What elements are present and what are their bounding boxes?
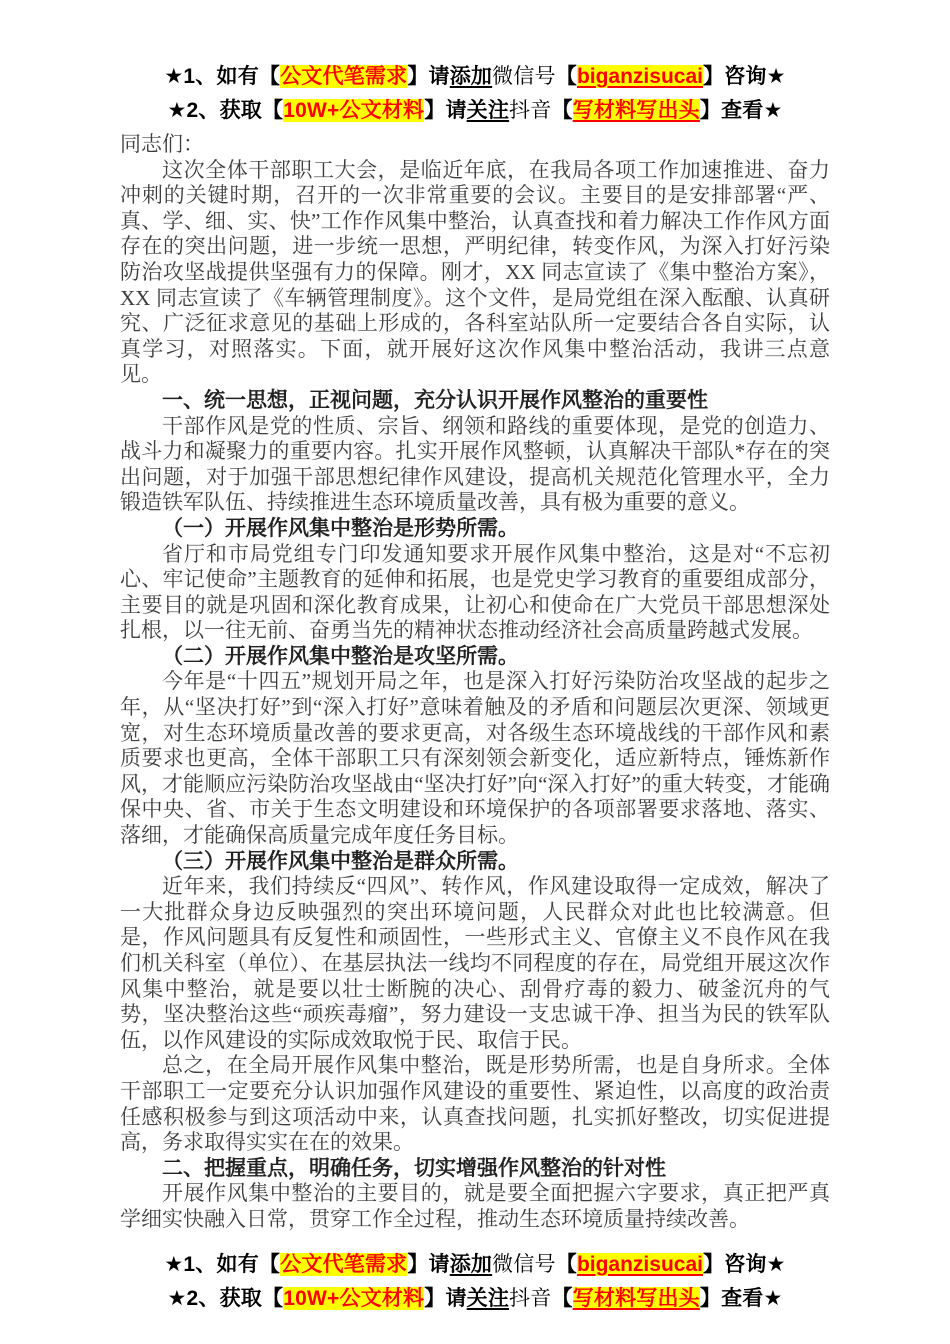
promo-banner-bottom: ★1、如有【公文代笔需求】请添加微信号【biganzisucai】咨询★★2、获…	[120, 1248, 830, 1316]
paragraph: 这次全体干部职工大会，是临近年底，在我局各项工作加速推进、奋力冲刺的关键时期，召…	[120, 158, 830, 388]
paragraph: 干部作风是党的性质、宗旨、纲领和路线的重要体现，是党的创造力、战斗力和凝聚力的重…	[120, 414, 830, 516]
banner-text: 】请	[407, 1253, 449, 1276]
promo-line-1: ★1、如有【公文代笔需求】请添加微信号【biganzisucai】咨询★	[120, 60, 830, 94]
document-body: 同志们：这次全体干部职工大会，是临近年底，在我局各项工作加速推进、奋力冲刺的关键…	[120, 132, 830, 1233]
paragraph: 总之，在全局开展作风集中整治，既是形势所需，也是自身所求。全体干部职工一定要充分…	[120, 1053, 830, 1155]
douyin-label: 抖音	[509, 1287, 551, 1310]
highlight-materials: 10W+公文材料	[283, 1287, 424, 1310]
promo-line-1: ★1、如有【公文代笔需求】请添加微信号【biganzisucai】咨询★	[120, 1248, 830, 1282]
banner-text: 】查看★	[700, 99, 783, 122]
banner-text: 】请	[424, 99, 466, 122]
section-heading: （一）开展作风集中整治是形势所需。	[120, 516, 830, 542]
wechat-id-highlight: biganzisucai	[577, 1253, 703, 1276]
section-heading: （二）开展作风集中整治是攻坚所需。	[120, 644, 830, 670]
banner-text: ★1、如有【	[164, 1253, 280, 1276]
douyin-name-highlight: 写材料写出头	[573, 1287, 700, 1310]
promo-line-2: ★2、获取【10W+公文材料】请关注抖音【写材料写出头】查看★	[120, 1282, 830, 1316]
banner-text: 】咨询★	[703, 65, 786, 88]
banner-text: 【	[556, 65, 577, 88]
banner-text: ★2、获取【	[167, 99, 283, 122]
add-action-underline: 添加	[450, 65, 492, 88]
paragraph: 今年是“十四五”规划开局之年，也是深入打好污染防治攻坚战的起步之年，从“坚决打好…	[120, 669, 830, 848]
follow-action-underline: 关注	[467, 1287, 509, 1310]
section-heading: （三）开展作风集中整治是群众所需。	[120, 849, 830, 875]
douyin-name-highlight: 写材料写出头	[573, 99, 700, 122]
highlight-writing-service: 公文代笔需求	[280, 1253, 407, 1276]
salutation: 同志们：	[120, 132, 830, 158]
banner-text: 】请	[424, 1287, 466, 1310]
paragraph: 开展作风集中整治的主要目的，就是要全面把握六字要求，真正把严真学细实快融入日常，…	[120, 1181, 830, 1232]
promo-banner-top: ★1、如有【公文代笔需求】请添加微信号【biganzisucai】咨询★★2、获…	[120, 60, 830, 128]
banner-text: 【	[551, 99, 572, 122]
banner-text: 【	[551, 1287, 572, 1310]
douyin-label: 抖音	[509, 99, 551, 122]
banner-text: 】查看★	[700, 1287, 783, 1310]
paragraph: 省厅和市局党组专门印发通知要求开展作风集中整治，这是对“不忘初心、牢记使命”主题…	[120, 542, 830, 644]
highlight-materials: 10W+公文材料	[283, 99, 424, 122]
document-page: ★1、如有【公文代笔需求】请添加微信号【biganzisucai】咨询★★2、获…	[0, 0, 950, 1344]
section-heading: 二、把握重点，明确任务，切实增强作风整治的针对性	[120, 1156, 830, 1182]
wechat-label: 微信号	[492, 65, 556, 88]
section-heading: 一、统一思想，正视问题，充分认识开展作风整治的重要性	[120, 388, 830, 414]
banner-text: ★1、如有【	[164, 65, 280, 88]
banner-text: 【	[556, 1253, 577, 1276]
wechat-label: 微信号	[492, 1253, 556, 1276]
banner-text: 】请	[407, 65, 449, 88]
follow-action-underline: 关注	[467, 99, 509, 122]
banner-text: 】咨询★	[703, 1253, 786, 1276]
promo-line-2: ★2、获取【10W+公文材料】请关注抖音【写材料写出头】查看★	[120, 94, 830, 128]
banner-text: ★2、获取【	[167, 1287, 283, 1310]
add-action-underline: 添加	[450, 1253, 492, 1276]
paragraph: 近年来，我们持续反“四风”、转作风，作风建设取得一定成效，解决了一大批群众身边反…	[120, 874, 830, 1053]
highlight-writing-service: 公文代笔需求	[280, 65, 407, 88]
wechat-id-highlight: biganzisucai	[577, 65, 703, 88]
